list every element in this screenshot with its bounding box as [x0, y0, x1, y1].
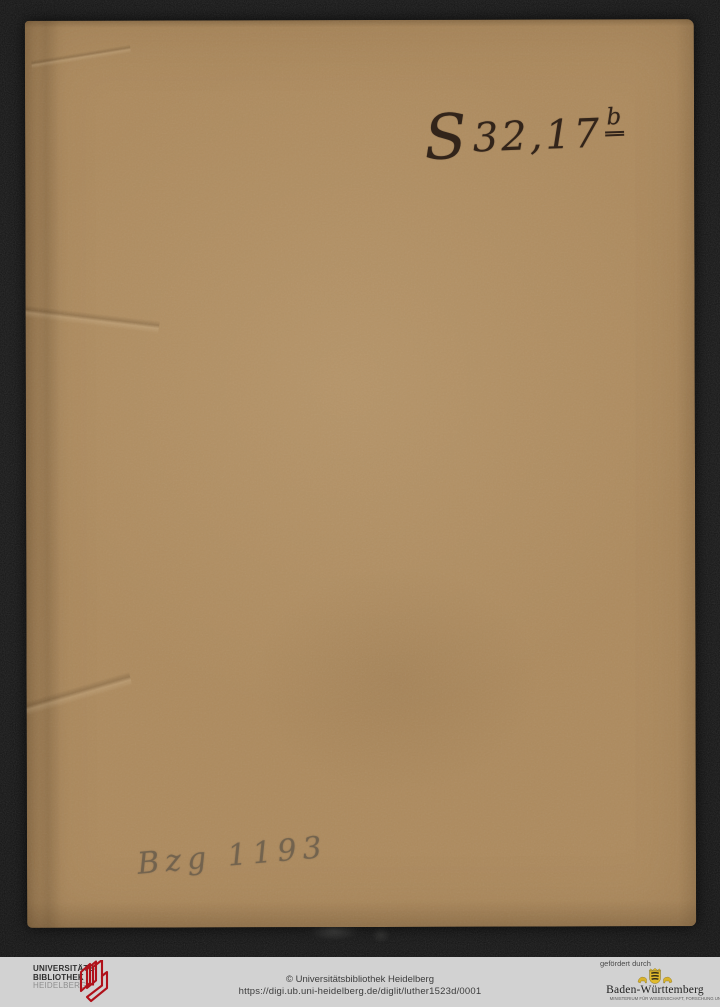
funding-block: gefördert durch Baden-Württemberg MINIST… — [592, 957, 718, 1007]
digitized-scan-page: S32,17b Bzg 1193 UNIVERSITÄTS- BIBLIOTHE… — [0, 0, 720, 1007]
spine-fold-shadow — [33, 21, 61, 928]
bw-coat-of-arms-icon — [635, 968, 675, 985]
paper-crease — [25, 647, 139, 740]
shelfmark-handwriting: S32,17b — [423, 100, 625, 169]
paper-crease — [25, 278, 163, 357]
funding-ministry-line: MINISTERIUM FÜR WISSENSCHAFT, FORSCHUNG … — [610, 997, 701, 1001]
paper-stain — [196, 519, 597, 840]
book-cover: S32,17b Bzg 1193 — [25, 19, 696, 928]
shelfmark-prefix: S — [423, 100, 468, 175]
funding-label: gefördert durch — [600, 959, 718, 968]
shelfmark-number: 32,17 — [472, 111, 603, 162]
pencil-annotation: Bzg 1193 — [136, 830, 329, 882]
paper-crease — [29, 31, 133, 81]
footer-bar: UNIVERSITÄTS- BIBLIOTHEK HEIDELBERG © Un… — [0, 957, 720, 1007]
shelfmark-superscript: b — [604, 104, 624, 137]
funding-state-name: Baden-Württemberg — [592, 985, 718, 996]
